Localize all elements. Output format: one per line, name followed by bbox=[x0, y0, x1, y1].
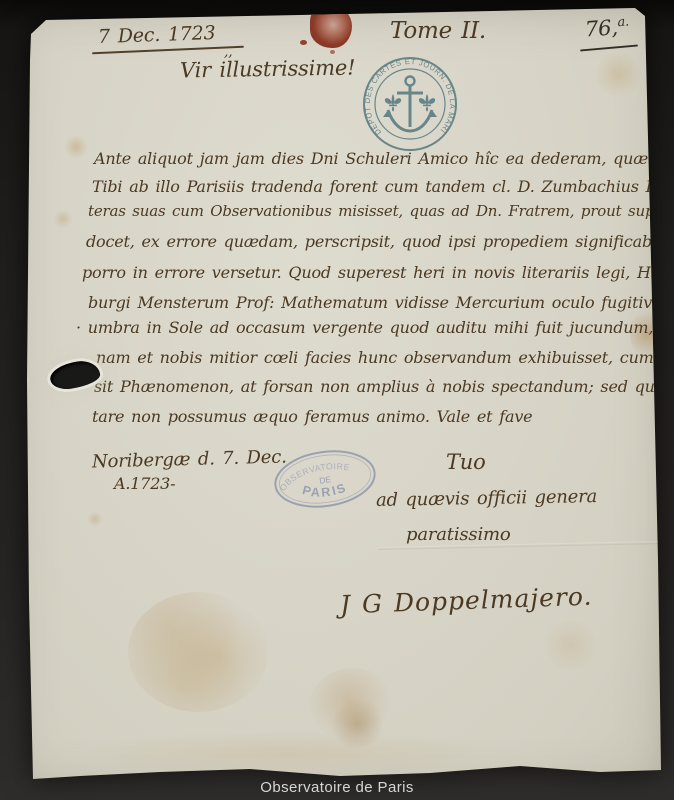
tome-label: Tome II. bbox=[390, 18, 486, 44]
body-line: porro in errore versetur. Quod superest … bbox=[82, 263, 674, 282]
wax-speck bbox=[330, 50, 335, 54]
wax-seal bbox=[310, 6, 352, 48]
body-line: burgi Mensterum Prof: Mathematum vidisse… bbox=[88, 293, 674, 312]
folio-number: 76,a. bbox=[584, 14, 630, 41]
body-line: tare non possumus æquo feramus animo. Va… bbox=[92, 407, 532, 426]
body-line: teras suas cum Observationibus misisset,… bbox=[88, 202, 674, 220]
letter-paper: 7 Dec. 1723 ,, Tome II. 76,a. Vir illust… bbox=[0, 0, 674, 800]
closing-paratissimo: paratissimo bbox=[406, 524, 511, 545]
body-line: Tibi ab illo Parisiis tradenda forent cu… bbox=[92, 177, 666, 196]
body-line: docet, ex errore quædam, perscripsit, qu… bbox=[86, 232, 674, 251]
marine-stamp: DEPOT DES CARTES ET JOURN. DE LA MARINE bbox=[360, 54, 460, 154]
body-line: · umbra in Sole ad occasum vergente quod… bbox=[76, 318, 674, 337]
observatoire-stamp-line2: DE bbox=[319, 474, 332, 486]
salutation: Vir illustrissime! bbox=[180, 55, 356, 82]
header-date: 7 Dec. 1723 bbox=[98, 22, 216, 48]
photograph-of-letter: 7 Dec. 1723 ,, Tome II. 76,a. Vir illust… bbox=[0, 0, 674, 800]
paper-shadow: 7 Dec. 1723 ,, Tome II. 76,a. Vir illust… bbox=[0, 0, 674, 800]
body-line: nam et nobis mitior cœli facies hunc obs… bbox=[96, 348, 674, 367]
fleur-de-lis-icon bbox=[419, 94, 435, 112]
closing-tuo: Tuo bbox=[446, 450, 486, 474]
paper-vignette bbox=[0, 0, 674, 800]
dateline-year: A.1723- bbox=[114, 474, 175, 493]
photo-caption: Observatoire de Paris bbox=[0, 779, 674, 796]
anchor-icon bbox=[383, 77, 437, 132]
folio-sup: a. bbox=[617, 14, 630, 30]
folio-main: 76, bbox=[584, 15, 618, 41]
fleur-de-lis-icon bbox=[385, 94, 401, 112]
closing-offices: ad quævis officii genera bbox=[376, 486, 597, 511]
body-line: sit Phænomenon, at forsan non amplius à … bbox=[94, 377, 674, 396]
wax-speck bbox=[300, 40, 307, 45]
body-line: Ante aliquot jam jam dies Dni Schuleri A… bbox=[94, 149, 648, 168]
